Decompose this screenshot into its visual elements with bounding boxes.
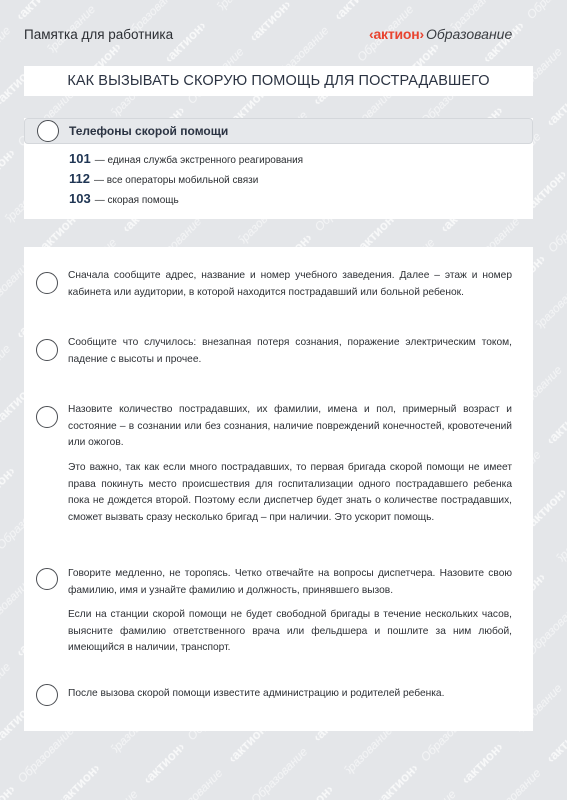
phone-description: — единая служба экстренного реагирования (95, 155, 303, 166)
step-text: Назовите количество пострадавших, их фам… (68, 402, 512, 452)
phone-number: 103 (69, 191, 91, 206)
logo-subtitle: Образование (426, 26, 512, 42)
phones-card-header: Телефоны скорой помощи (24, 118, 533, 144)
phone-number: 101 (69, 151, 91, 166)
document-type-label: Памятка для работника (24, 27, 173, 42)
aktion-logo: ‹актион›Образование (369, 26, 512, 42)
phone-item: 101— единая служба экстренного реагирова… (69, 151, 303, 166)
logo-brand: ‹актион› (369, 26, 424, 42)
checkbox-circle-icon[interactable] (36, 406, 58, 428)
page-title: КАК ВЫЗЫВАТЬ СКОРУЮ ПОМОЩЬ ДЛЯ ПОСТРАДАВ… (67, 73, 489, 89)
checkbox-circle-icon[interactable] (37, 120, 59, 142)
page-title-box: КАК ВЫЗЫВАТЬ СКОРУЮ ПОМОЩЬ ДЛЯ ПОСТРАДАВ… (24, 66, 533, 96)
emergency-phones-card: Телефоны скорой помощи 101— единая служб… (24, 118, 533, 219)
step-text: Сообщите что случилось: внезапная потеря… (68, 335, 512, 368)
phone-number: 112 (69, 171, 90, 186)
step-text: Сначала сообщите адрес, название и номер… (68, 268, 512, 301)
step-text: Говорите медленно, не торопясь. Четко от… (68, 566, 512, 599)
phone-item: 112— все операторы мобильной связи (69, 171, 258, 186)
step-note: Если на станции скорой помощи не будет с… (68, 607, 512, 657)
step-text: После вызова скорой помощи известите адм… (68, 686, 512, 703)
phone-description: — все операторы мобильной связи (94, 175, 258, 186)
instructions-card: Сначала сообщите адрес, название и номер… (24, 247, 533, 731)
phone-description: — скорая помощь (95, 195, 179, 206)
phone-item: 103— скорая помощь (69, 191, 179, 206)
checkbox-circle-icon[interactable] (36, 272, 58, 294)
checkbox-circle-icon[interactable] (36, 339, 58, 361)
checkbox-circle-icon[interactable] (36, 684, 58, 706)
checkbox-circle-icon[interactable] (36, 568, 58, 590)
step-note: Это важно, так как если много пострадавш… (68, 460, 512, 526)
phones-heading: Телефоны скорой помощи (69, 124, 228, 138)
